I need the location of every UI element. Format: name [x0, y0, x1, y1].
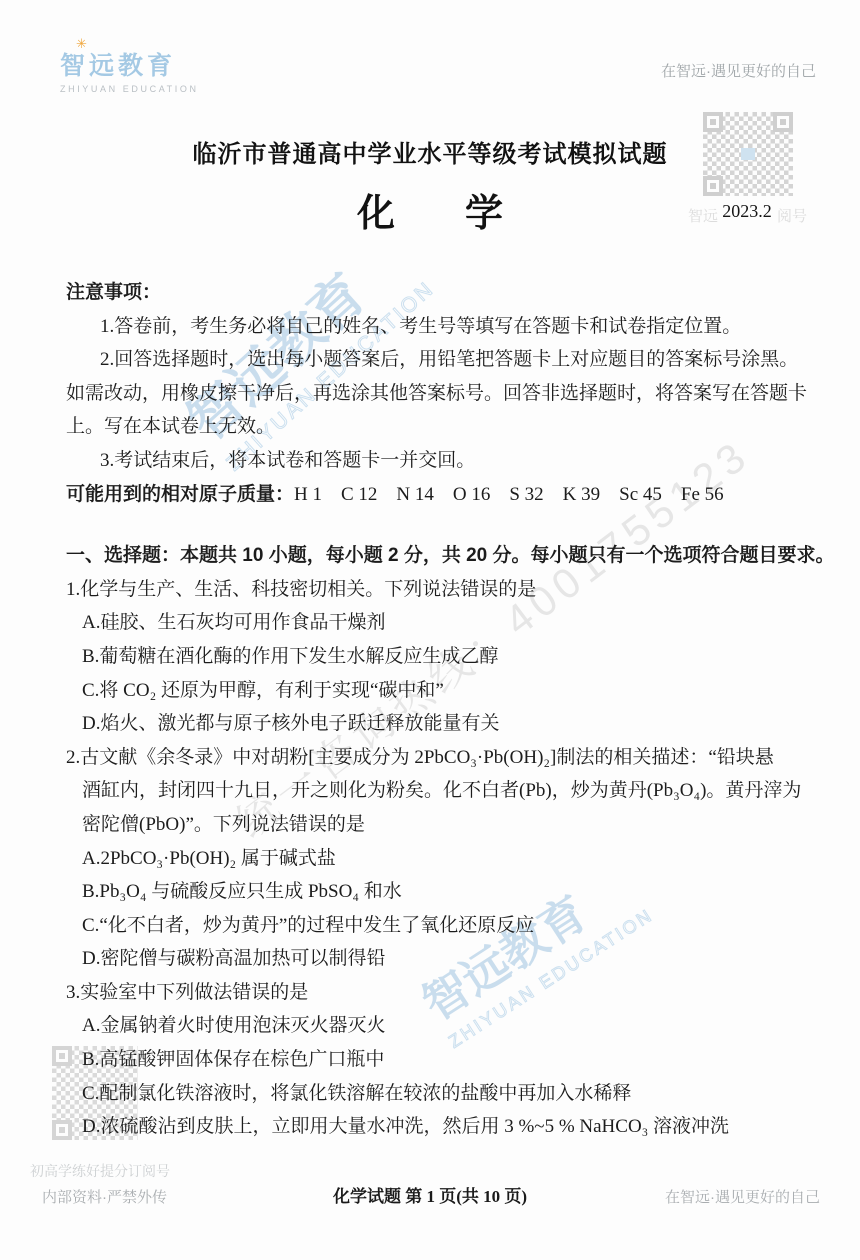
notice-item-3: 3.考试结束后，将本试卷和答题卡一并交回。	[66, 444, 814, 478]
question-2-stem-line-1: 2.古文献《余冬录》中对胡粉[主要成分为 2PbCO₃·Pb(OH)₂]制法的相…	[66, 741, 814, 775]
question-2-stem-line-2: 酒缸内，封闭四十九日，开之则化为粉矣。化不白者(Pb)，炒为黄丹(Pb₃O₄)。…	[66, 774, 814, 808]
subject-char-2: 学	[465, 193, 503, 235]
atomic-masses-line: 可能用到的相对原子质量：H 1 C 12 N 14 O 16 S 32 K 39…	[66, 478, 814, 512]
notice-item-1: 1.答卷前，考生务必将自己的姓名、考生号等填写在答题卡和试卷指定位置。	[66, 310, 814, 344]
question-2-option-b: B.Pb₃O₄ 与硫酸反应只生成 PbSO₄ 和水	[66, 875, 814, 909]
question-2-option-a: A.2PbCO₃·Pb(OH)₂ 属于碱式盐	[66, 842, 814, 876]
section-1-heading: 一、选择题：本题共 10 小题，每小题 2 分，共 20 分。每小题只有一个选项…	[66, 539, 814, 573]
question-1-option-b: B.葡萄糖在酒化酶的作用下发生水解反应生成乙醇	[66, 640, 814, 674]
question-1-option-a: A.硅胶、生石灰均可用作食品干燥剂	[66, 606, 814, 640]
qr-finder-icon	[703, 112, 723, 132]
document-body: 注意事项： 1.答卷前，考生务必将自己的姓名、考生号等填写在答题卡和试卷指定位置…	[66, 276, 814, 1144]
question-3-option-c: C.配制氯化铁溶液时，将氯化铁溶解在较浓的盐酸中再加入水稀释	[66, 1077, 814, 1111]
question-3-option-d: D.浓硫酸沾到皮肤上，立即用大量水冲洗，然后用 3 %~5 % NaHCO₃ 溶…	[66, 1110, 814, 1144]
section-spacer	[66, 511, 814, 539]
exam-title: 临沂市普通高中学业水平等级考试模拟试题	[0, 134, 860, 169]
atomic-masses-label: 可能用到的相对原子质量：	[66, 484, 294, 505]
brand-slogan-top: 在智远·遇见更好的自己	[661, 60, 816, 81]
logo-text-en: ZHIYUAN EDUCATION	[60, 84, 199, 94]
question-1-option-c: C.将 CO₂ 还原为甲醇，有利于实现“碳中和”	[66, 674, 814, 708]
atomic-masses-values: H 1 C 12 N 14 O 16 S 32 K 39 Sc 45 Fe 56	[294, 484, 724, 505]
question-2-option-c: C.“化不白者，炒为黄丹”的过程中发生了氧化还原反应	[66, 909, 814, 943]
notice-item-2-cont: 上。写在本试卷上无效。	[66, 410, 814, 444]
exam-paper-page: 智远教育 ZHIYUAN EDUCATION 统一咨询热线：4001755123…	[0, 0, 860, 1260]
notice-heading: 注意事项：	[66, 276, 814, 310]
zhiyuan-logo: ✳ 智远教育 ZHIYUAN EDUCATION	[60, 46, 199, 94]
sparkle-icon: ✳	[76, 36, 87, 52]
question-3-option-a: A.金属钠着火时使用泡沫灭火器灭火	[66, 1009, 814, 1043]
question-3-option-b: B.高锰酸钾固体保存在棕色广口瓶中	[66, 1043, 814, 1077]
footer-slogan: 在智远·遇见更好的自己	[665, 1186, 820, 1207]
notice-item-2-cont: 如需改动，用橡皮擦干净后，再选涂其他答案标号。回答非选择题时，将答案写在答题卡	[66, 377, 814, 411]
subject-char-1: 化	[357, 193, 395, 235]
question-1-option-d: D.焰火、激光都与原子核外电子跃迁释放能量有关	[66, 707, 814, 741]
question-2-option-d: D.密陀僧与碳粉高温加热可以制得铅	[66, 942, 814, 976]
qr-finder-icon	[773, 112, 793, 132]
question-1-stem: 1.化学与生产、生活、科技密切相关。下列说法错误的是	[66, 573, 814, 607]
question-3-stem: 3.实验室中下列做法错误的是	[66, 976, 814, 1010]
notice-item-2: 2.回答选择题时，选出每小题答案后，用铅笔把答题卡上对应题目的答案标号涂黑。	[66, 343, 814, 377]
question-2-stem-line-3: 密陀僧(PbO)”。下列说法错误的是	[66, 808, 814, 842]
subject-title: 化学	[0, 182, 860, 237]
footer-subscription-note: 初高学练好提分订阅号	[30, 1161, 170, 1181]
